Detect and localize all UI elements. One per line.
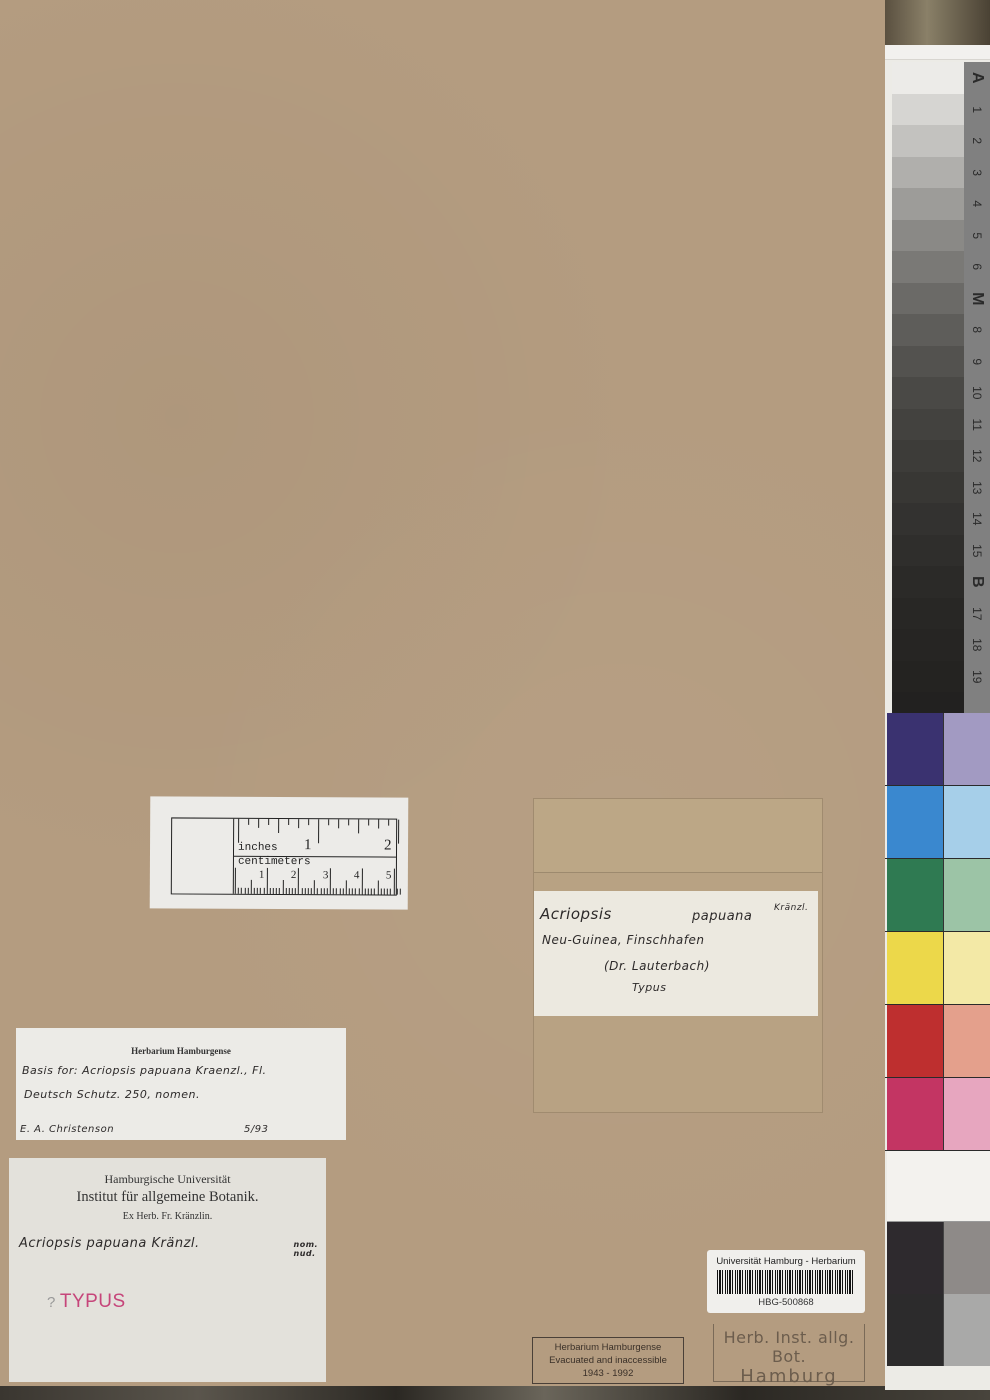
packet-collector: (Dr. Lauterbach)	[604, 959, 710, 973]
inch-tick	[328, 819, 329, 825]
cm-tick	[266, 868, 267, 894]
cm-tick	[292, 888, 293, 894]
white-patch	[887, 1151, 990, 1222]
swatch-light	[944, 786, 990, 858]
institute-stamp-line-1: Herb. Inst. allg. Bot.	[714, 1328, 864, 1366]
gray-label: 11	[961, 411, 990, 437]
cm-tick	[238, 888, 239, 894]
cm-mark-3: 3	[323, 869, 329, 881]
determination-line-2: Deutsch Schutz. 250, nomen.	[24, 1088, 200, 1101]
cm-tick	[276, 888, 277, 894]
gray-label: 6	[961, 254, 990, 280]
gray-patch	[892, 503, 964, 535]
cm-tick	[349, 888, 350, 894]
cm-tick	[336, 888, 337, 894]
cm-tick	[270, 888, 271, 894]
typus-stamp: ?TYPUS	[47, 1291, 126, 1313]
packet-genus: Acriopsis	[540, 905, 612, 923]
cm-tick	[279, 888, 280, 894]
gray-label: 19	[961, 663, 990, 689]
gray-patch	[892, 94, 964, 126]
cm-tick	[362, 868, 363, 894]
swatch-light	[944, 932, 990, 1004]
inch-tick	[238, 819, 239, 843]
color-calibration-chart: A123456M89101112131415B171819	[885, 45, 990, 1390]
swatch-dark	[887, 932, 944, 1004]
cm-tick	[314, 880, 315, 894]
cm-tick	[260, 888, 261, 894]
swatch-light	[944, 1005, 990, 1077]
cm-tick	[305, 888, 306, 894]
swatch-dark	[887, 713, 944, 785]
institution-ex-herb: Ex Herb. Fr. Kränzlin.	[9, 1211, 326, 1222]
inch-tick	[358, 819, 359, 833]
gray-patch	[892, 220, 964, 252]
cm-tick	[317, 888, 318, 894]
gray-label: 1	[961, 96, 990, 122]
cm-tick	[273, 888, 274, 894]
inch-tick	[318, 819, 319, 843]
gray-label: 10	[961, 380, 990, 406]
chart-top-strip	[885, 45, 990, 60]
evacuated-line-2: Evacuated and inaccessible	[533, 1354, 683, 1367]
grayscale-labels: A123456M89101112131415B171819	[964, 62, 990, 754]
inch-tick	[348, 819, 349, 825]
catalog-number: HBG-500868	[707, 1297, 865, 1308]
gray-patch	[892, 314, 964, 346]
cm-tick	[371, 888, 372, 894]
swatch-light	[944, 1222, 990, 1294]
cm-tick	[343, 888, 344, 894]
inch-tick	[288, 819, 289, 825]
gray-patch	[892, 566, 964, 598]
gray-patch	[892, 535, 964, 567]
institution-taxon-name: Acriopsis papuana Kränzl.	[19, 1236, 200, 1251]
cm-tick	[282, 880, 283, 894]
inches-label: inches	[238, 842, 278, 854]
grayscale-column	[892, 62, 964, 724]
gray-patch	[892, 472, 964, 504]
cm-tick	[374, 888, 375, 894]
gray-patch	[892, 661, 964, 693]
cm-tick	[244, 888, 245, 894]
background-top-right	[885, 0, 990, 45]
typus-prefix: ?	[47, 1294, 56, 1311]
swatch-dark	[887, 859, 944, 931]
gray-patch	[892, 409, 964, 441]
gray-label: A	[961, 65, 990, 91]
determination-date: 5/93	[244, 1124, 268, 1135]
gray-label: 12	[961, 443, 990, 469]
gray-patch	[892, 346, 964, 378]
cm-tick	[251, 880, 252, 894]
cm-tick	[377, 881, 378, 895]
packet-author: Kränzl.	[774, 903, 808, 913]
cm-tick	[298, 868, 299, 894]
gray-label: 13	[961, 474, 990, 500]
inch-mark-2: 2	[384, 838, 392, 855]
cm-tick	[308, 888, 309, 894]
gray-label: 3	[961, 159, 990, 185]
inch-tick	[338, 819, 339, 828]
swatch-row-neutral	[885, 1222, 990, 1294]
cm-tick	[346, 880, 347, 894]
cm-tick	[324, 888, 325, 894]
gray-patch	[892, 188, 964, 220]
gray-label: 5	[961, 222, 990, 248]
gray-label: 15	[961, 537, 990, 563]
determination-line-1: Basis for: Acriopsis papuana Kraenzl., F…	[22, 1064, 267, 1077]
cm-mark-5: 5	[386, 870, 392, 882]
inch-tick	[368, 819, 369, 825]
typus-text: TYPUS	[60, 1291, 126, 1312]
swatch-row	[885, 932, 990, 1005]
swatch-light	[944, 713, 990, 785]
inch-tick	[258, 819, 259, 828]
scale-ruler-card: inches centimeters 1 2 1 2 3 4 5	[150, 796, 409, 909]
background-bottom	[0, 1386, 990, 1400]
cm-tick	[235, 868, 236, 894]
gray-label: 17	[961, 600, 990, 626]
cm-tick	[301, 888, 302, 894]
cm-tick	[358, 888, 359, 894]
gray-patch	[892, 125, 964, 157]
cm-tick	[333, 888, 334, 894]
cm-tick	[257, 888, 258, 894]
determination-label: Herbarium Hamburgense Basis for: Acriops…	[16, 1028, 346, 1140]
inch-tick	[278, 819, 279, 833]
cm-tick	[311, 888, 312, 894]
barcode-label: Universität Hamburg - Herbarium HBG-5008…	[707, 1250, 865, 1313]
gray-patch	[892, 377, 964, 409]
specimen-packet: Acriopsis papuana Kränzl. Neu-Guinea, Fi…	[533, 798, 823, 1113]
swatch-light	[944, 859, 990, 931]
inch-tick	[388, 820, 389, 826]
cm-tick	[320, 888, 321, 894]
cm-tick	[396, 889, 397, 895]
determination-header: Herbarium Hamburgense	[16, 1046, 346, 1056]
cm-tick	[368, 888, 369, 894]
gray-label: 9	[961, 348, 990, 374]
gray-patch	[892, 157, 964, 189]
institution-university: Hamburgische Universität	[9, 1172, 326, 1187]
gray-label: 8	[961, 317, 990, 343]
institution-label: Hamburgische Universität Institut für al…	[9, 1158, 326, 1382]
gray-label: 18	[961, 632, 990, 658]
cm-tick	[241, 888, 242, 894]
gray-label: B	[961, 569, 990, 595]
swatch-row	[885, 859, 990, 932]
cm-tick	[247, 888, 248, 894]
swatch-row	[885, 713, 990, 786]
institute-stamp: Herb. Inst. allg. Bot. Hamburg	[713, 1324, 865, 1382]
inch-tick	[298, 819, 299, 828]
centimeters-label: centimeters	[238, 856, 311, 868]
cm-tick	[330, 868, 331, 894]
evacuated-line-1: Herbarium Hamburgense	[533, 1341, 683, 1354]
evacuated-line-3: 1943 - 1992	[533, 1367, 683, 1380]
swatch-dark	[887, 1005, 944, 1077]
packet-locality: Neu-Guinea, Finschhafen	[542, 933, 704, 947]
institute-stamp-line-2: Hamburg	[714, 1366, 864, 1387]
swatch-row	[885, 786, 990, 859]
cm-mark-1: 1	[259, 869, 265, 881]
gray-patch	[892, 440, 964, 472]
cm-mark-4: 4	[354, 869, 360, 881]
gray-label: M	[961, 285, 990, 311]
cm-tick	[254, 888, 255, 894]
gray-patch	[892, 598, 964, 630]
cm-tick	[400, 889, 401, 895]
color-swatches	[885, 713, 990, 1366]
cm-tick	[289, 888, 290, 894]
cm-tick	[286, 888, 287, 894]
inch-tick	[308, 819, 309, 825]
cm-tick	[381, 889, 382, 895]
cm-tick	[390, 889, 391, 895]
gray-label: 14	[961, 506, 990, 532]
ruler-frame: inches centimeters 1 2 1 2 3 4 5	[171, 817, 397, 895]
swatch-dark	[887, 1078, 944, 1150]
packet-flap	[534, 799, 822, 873]
gray-label: 2	[961, 128, 990, 154]
swatch-dark	[887, 1222, 944, 1294]
cm-tick	[393, 869, 394, 895]
institution-institute: Institut für allgemeine Botanik.	[9, 1189, 326, 1206]
packet-status: Typus	[632, 981, 666, 994]
cm-tick	[384, 889, 385, 895]
cm-tick	[365, 888, 366, 894]
cm-tick	[355, 888, 356, 894]
cm-tick	[327, 888, 328, 894]
inch-tick	[378, 820, 379, 829]
packet-note: Acriopsis papuana Kränzl. Neu-Guinea, Fi…	[534, 891, 818, 1016]
swatch-dark	[887, 786, 944, 858]
institution-nom-nud: nom. nud.	[294, 1240, 319, 1258]
inch-tick	[398, 820, 399, 844]
cm-tick	[352, 888, 353, 894]
packet-species: papuana	[692, 909, 752, 924]
cm-tick	[339, 888, 340, 894]
swatch-row	[885, 1005, 990, 1078]
gray-patch	[892, 283, 964, 315]
inch-mark-1: 1	[304, 837, 312, 854]
barcode-icon	[717, 1270, 855, 1294]
inch-tick	[268, 819, 269, 825]
cm-tick	[295, 888, 296, 894]
swatch-light	[944, 1078, 990, 1150]
evacuated-stamp: Herbarium Hamburgense Evacuated and inac…	[532, 1337, 684, 1384]
swatch-row	[885, 1078, 990, 1151]
swatch-row-neutral	[885, 1294, 990, 1366]
cm-mark-2: 2	[291, 869, 297, 881]
ruler-scale: inches centimeters 1 2 1 2 3 4 5	[233, 819, 396, 895]
inch-tick	[248, 819, 249, 825]
gray-patch	[892, 62, 964, 94]
swatch-dark	[887, 1294, 944, 1366]
gray-label: 4	[961, 191, 990, 217]
gray-patch	[892, 251, 964, 283]
barcode-title: Universität Hamburg - Herbarium	[707, 1256, 865, 1267]
determiner-name: E. A. Christenson	[20, 1124, 114, 1135]
gray-patch	[892, 629, 964, 661]
swatch-light	[944, 1294, 990, 1366]
cm-tick	[263, 888, 264, 894]
cm-tick	[387, 889, 388, 895]
